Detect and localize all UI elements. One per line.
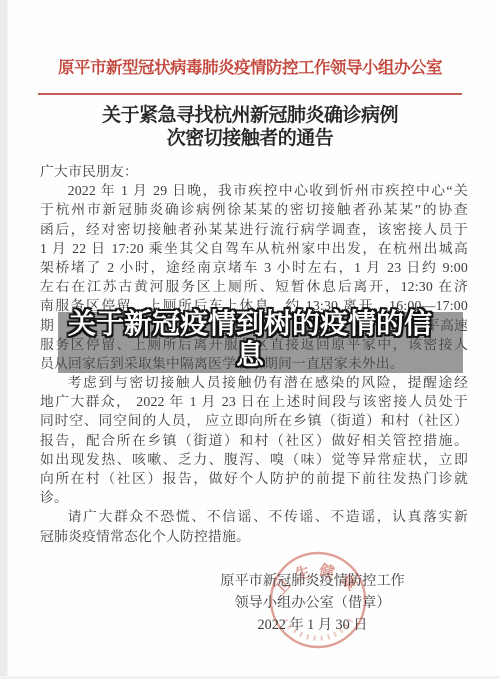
- body-line: 地广大群众， 2022 年 1 月 23 日在上述时间段与该密接人员处于: [40, 392, 468, 411]
- body-line: 左右在江苏古黄河服务区上厕所、短暂休息后离开，12:30 在济: [40, 277, 468, 296]
- body-line: 诊。: [40, 488, 468, 507]
- notice-title: 关于紧急寻找杭州新冠肺炎确诊病例 次密切接触者的通告: [60, 104, 440, 150]
- signature-line1: 原平市新冠肺炎疫情防控工作: [165, 570, 460, 592]
- photo-left-edge: [0, 0, 8, 679]
- body-line: 考虑到与密切接触人员接触仍有潜在感染的风险，提醒途经: [40, 373, 468, 392]
- body-line: 函后，经对密切接触者孙某某进行流行病学调查，该密接人员于: [40, 220, 468, 239]
- notice-title-line1: 关于紧急寻找杭州新冠肺炎确诊病例: [60, 104, 440, 127]
- signature-block: 原平市新冠肺炎疫情防控工作 领导小组办公室（借章） 2022 年 1 月 30 …: [165, 570, 460, 636]
- body-line: 报告，配合所在乡镇（街道）和村（社区）做好相关管控措施。: [40, 431, 468, 450]
- body-line: 如出现发热、咳嗽、乏力、腹泻、嗅（味）觉等异常症状，立即: [40, 450, 468, 469]
- document-photo: 原平市新型冠状病毒肺炎疫情防控工作领导小组办公室 关于紧急寻找杭州新冠肺炎确诊病…: [0, 0, 500, 679]
- issuing-office-header: 原平市新型冠状病毒肺炎疫情防控工作领导小组办公室: [40, 54, 460, 78]
- body-line: 2022 年 1 月 29 日晚，我市疾控中心收到忻州市疾控中心“关: [40, 181, 468, 200]
- signature-date: 2022 年 1 月 30 日: [165, 614, 460, 636]
- body-line: 架桥堵了 2 小时，途经南京堵车 3 小时左右，1 月 23 日约 9:00: [40, 258, 468, 277]
- body-line: 同时空、同空间的人员， 应立即向所在乡镇（街道）和村（社区）: [40, 411, 468, 430]
- signature-line2: 领导小组办公室（借章）: [165, 592, 460, 614]
- notice-title-line2: 次密切接触者的通告: [60, 127, 440, 150]
- body-line: 1 月 22 日 17:20 乘坐其父自驾车从杭州家中出发，在杭州出城高: [40, 239, 468, 258]
- body-line: 请广大群众不恐慌、不信谣、不传谣、不造谣，认真落实新: [40, 507, 468, 526]
- body-line: 冠肺炎疫情常态化个人防控措施。: [40, 527, 468, 546]
- red-divider-line: [38, 93, 462, 95]
- overlay-caption: 关于新冠疫情到树的疫情的信息: [62, 308, 438, 370]
- body-line: 广大市民朋友：: [40, 162, 468, 181]
- body-line: 向所在村（社区）报告，做好个人防护的前提下前往发热门诊就: [40, 469, 468, 488]
- body-line: 于杭州市新冠肺炎确诊病例徐某某的密切接触者孙某某”的协查: [40, 200, 468, 219]
